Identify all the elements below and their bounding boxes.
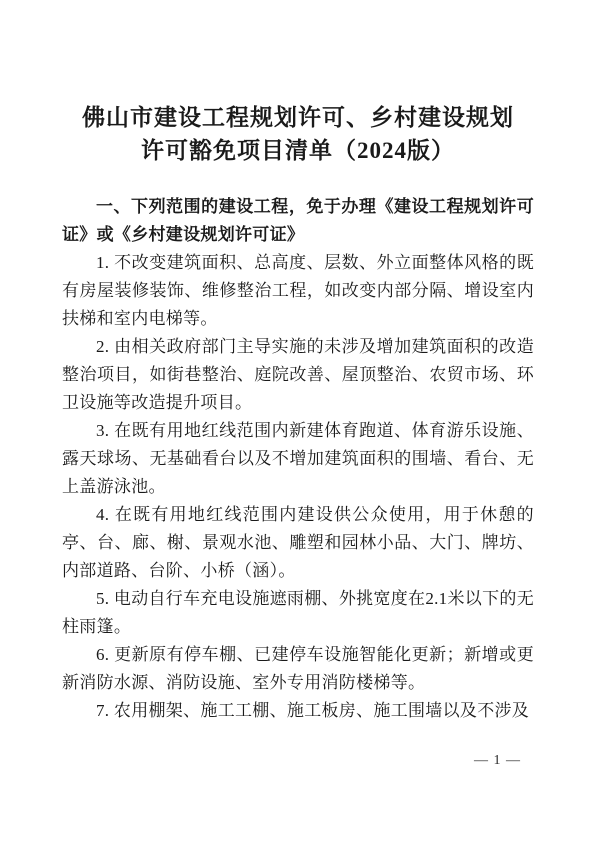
list-item-1: 1. 不改变建筑面积、总高度、层数、外立面整体风格的既有房屋装修装饰、维修整治工… <box>62 249 534 333</box>
document-title-line-1: 佛山市建设工程规划许可、乡村建设规划 <box>62 101 534 134</box>
section-heading: 一、下列范围的建设工程，免于办理《建设工程规划许可证》或《乡村建设规划许可证》 <box>62 193 534 249</box>
document-title-line-2: 许可豁免项目清单（2024版） <box>62 134 534 167</box>
page-number: — 1 — <box>474 752 521 770</box>
list-item-4: 4. 在既有用地红线范围内建设供公众使用，用于休憩的亭、台、廊、榭、景观水池、雕… <box>62 501 534 585</box>
list-item-7: 7. 农用棚架、施工工棚、施工板房、施工围墙以及不涉及 <box>62 697 534 725</box>
list-item-5: 5. 电动自行车充电设施遮雨棚、外挑宽度在2.1米以下的无柱雨篷。 <box>62 585 534 641</box>
list-item-2: 2. 由相关政府部门主导实施的未涉及增加建筑面积的改造整治项目，如街巷整治、庭院… <box>62 333 534 417</box>
list-item-3: 3. 在既有用地红线范围内新建体育跑道、体育游乐设施、露天球场、无基础看台以及不… <box>62 417 534 501</box>
list-item-6: 6. 更新原有停车棚、已建停车设施智能化更新；新增或更新消防水源、消防设施、室外… <box>62 641 534 697</box>
document-title: 佛山市建设工程规划许可、乡村建设规划 许可豁免项目清单（2024版） <box>62 101 534 167</box>
document-page: 佛山市建设工程规划许可、乡村建设规划 许可豁免项目清单（2024版） 一、下列范… <box>0 0 596 842</box>
